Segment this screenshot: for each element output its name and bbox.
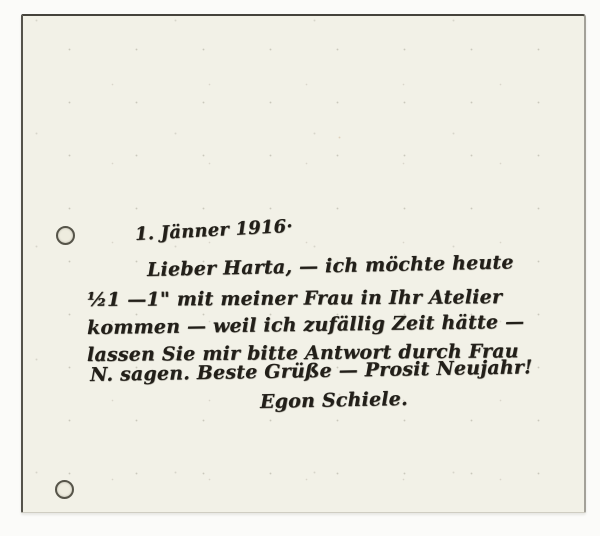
letter-line: Lieber Harta, — ich möchte heute: [147, 251, 514, 281]
scan-background: 1. Jänner 1916· Lieber Harta, — ich möch…: [0, 0, 600, 536]
date-line: 1. Jänner 1916·: [134, 216, 293, 245]
letter-text: 1. Jänner 1916· Lieber Harta, — ich möch…: [23, 16, 584, 512]
letter-line: ½1 —1" mit meiner Frau in Ihr Atelier: [87, 286, 502, 311]
letter-paper: 1. Jänner 1916· Lieber Harta, — ich möch…: [21, 14, 586, 513]
signature: Egon Schiele.: [260, 388, 408, 413]
letter-line: kommen — weil ich zufällig Zeit hätte —: [87, 311, 525, 339]
